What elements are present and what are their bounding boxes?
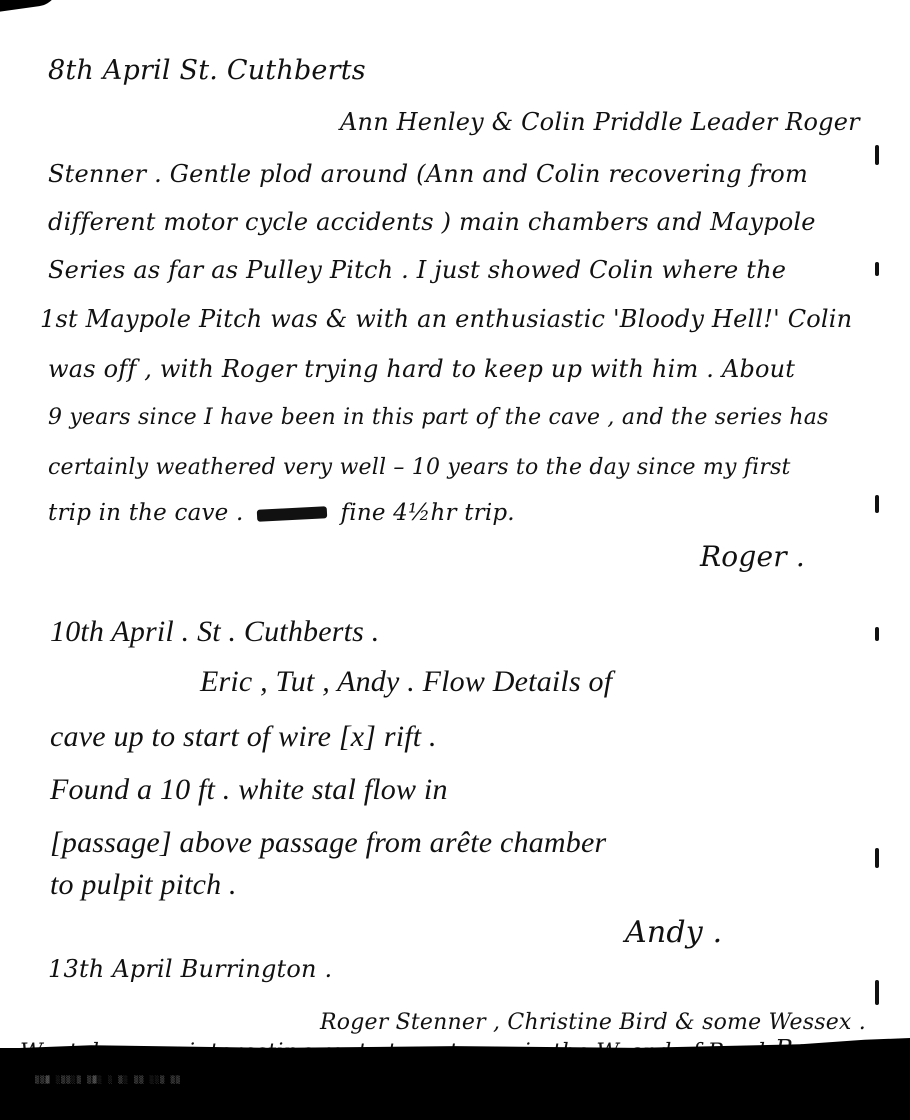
entry-1-line: trip in the cave . — [48, 500, 244, 526]
signature-roger: Roger . — [700, 540, 805, 573]
entry-1-line-end: fine 4½hr trip. — [341, 500, 515, 526]
entry-1-line: Series as far as Pulley Pitch . I just s… — [48, 256, 786, 284]
margin-mark — [875, 980, 879, 1005]
entry-1-line: certainly weathered very well – 10 years… — [48, 455, 791, 480]
entry-2-line: to pulpit pitch . — [50, 868, 237, 902]
scribble-out-mark — [257, 506, 328, 522]
entry-1-line: Ann Henley & Colin Priddle Leader Roger — [340, 108, 860, 136]
margin-mark — [875, 848, 879, 868]
entry-2-line: Found a 10 ft . white stal flow in — [50, 773, 448, 807]
entry-1-line: 1st Maypole Pitch was & with an enthusia… — [40, 305, 852, 333]
margin-mark — [875, 262, 879, 276]
entry-1-line: Stenner . Gentle plod around (Ann and Co… — [48, 160, 808, 188]
entry-3-line: Roger Stenner , Christine Bird & some We… — [320, 1010, 866, 1035]
entry-3-heading: 13th April Burrington . — [48, 955, 332, 983]
margin-mark — [875, 145, 879, 165]
signature-andy: Andy . — [625, 915, 722, 950]
entry-1-line: different motor cycle accidents ) main c… — [48, 208, 816, 236]
entry-2-line: Eric , Tut , Andy . Flow Details of — [200, 665, 612, 699]
entry-2-heading: 10th April . St . Cuthberts . — [50, 615, 379, 649]
scan-bottom-edge: ▒▒▓ ░▒▒░▒ ▒▓░ ░ ▒░ ▒▒ ░░▒ ▒▒ — [0, 1048, 910, 1120]
entry-2-line: [passage] above passage from arête chamb… — [50, 826, 606, 860]
margin-mark — [875, 627, 879, 641]
entry-1-line: was off , with Roger trying hard to keep… — [48, 355, 795, 383]
logbook-page: 8th April St. Cuthberts Ann Henley & Col… — [0, 0, 910, 1120]
bleedthrough-noise: ▒▒▓ ░▒▒░▒ ▒▓░ ░ ▒░ ▒▒ ░░▒ ▒▒ — [35, 1076, 181, 1084]
entry-1-line: 9 years since I have been in this part o… — [48, 405, 829, 430]
page-corner-shadow — [0, 0, 61, 13]
entry-2-line: cave up to start of wire [x] rift . — [50, 720, 437, 754]
margin-mark — [875, 495, 879, 513]
entry-1-last-line: trip in the cave . fine 4½hr trip. — [48, 500, 515, 526]
entry-1-heading: 8th April St. Cuthberts — [48, 55, 366, 86]
